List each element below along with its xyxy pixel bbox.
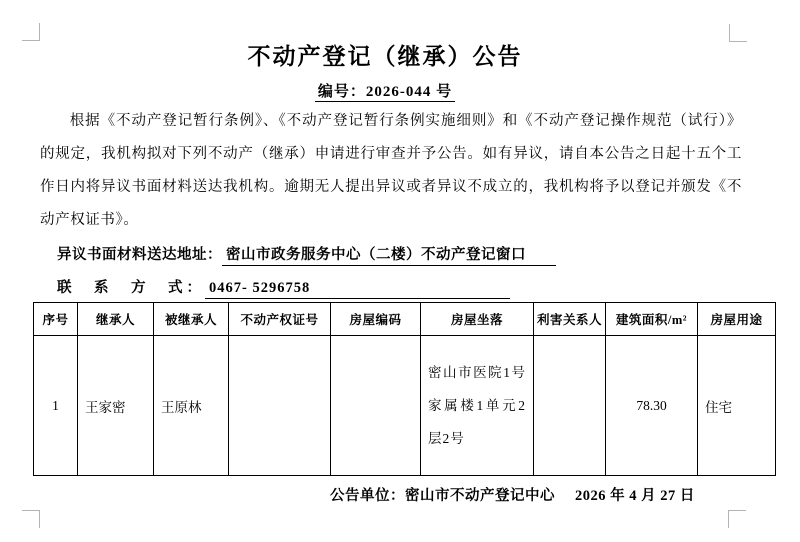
body-paragraph: 根据《不动产登记暂行条例》、《不动产登记暂行条例实施细则》和《不动产登记操作规范… [40,105,742,237]
cell-stakeholder [534,336,606,476]
table-row: 1 王家密 王原林 密山市医院1号家属楼1单元2层2号 78.30 住宅 [34,336,776,476]
serial-number: 编号：2026-044 号 [315,84,455,102]
announcement-table: 序号 继承人 被继承人 不动产权证号 房屋编码 房屋坐落 利害关系人 建筑面积/… [33,302,776,476]
document-page: 不动产登记（继承）公告 编号：2026-044 号 根据《不动产登记暂行条例》、… [0,0,800,542]
cell-index: 1 [34,336,78,476]
footer-line: 公告单位：密山市不动产登记中心2026 年 4 月 27 日 [330,484,695,505]
contact-label: 联 系 方 式： [57,280,205,296]
address-field: 异议书面材料送达地址：密山市政务服务中心（二楼）不动产登记窗口 [57,243,556,264]
contact-field: 联 系 方 式：0467- 5296758 [57,276,510,297]
cell-house-use: 住宅 [698,336,776,476]
cell-house-code [331,336,421,476]
footer-unit: 公告单位：密山市不动产登记中心 [330,488,555,504]
address-value: 密山市政务服务中心（二楼）不动产登记窗口 [222,247,556,266]
cell-floor-area: 78.30 [606,336,698,476]
table-header-row: 序号 继承人 被继承人 不动产权证号 房屋编码 房屋坐落 利害关系人 建筑面积/… [34,303,776,336]
cell-heir: 王家密 [78,336,154,476]
col-header-stakeholder: 利害关系人 [534,303,606,336]
address-label: 异议书面材料送达地址： [57,247,222,263]
col-header-house-code: 房屋编码 [331,303,421,336]
col-header-house-use: 房屋用途 [698,303,776,336]
col-header-index: 序号 [34,303,78,336]
crop-mark-bottom-right-icon [728,510,746,528]
crop-mark-bottom-left-icon [22,510,40,528]
col-header-cert-no: 不动产权证号 [229,303,331,336]
serial-line: 编号：2026-044 号 [40,80,730,101]
footer-date: 2026 年 4 月 27 日 [575,488,695,504]
cell-decedent: 王原林 [154,336,229,476]
crop-mark-top-right-icon [729,24,747,42]
col-header-floor-area: 建筑面积/m² [606,303,698,336]
col-header-heir: 继承人 [78,303,154,336]
cell-house-location: 密山市医院1号家属楼1单元2层2号 [421,336,534,476]
crop-mark-top-left-icon [22,23,40,41]
contact-value: 0467- 5296758 [205,280,510,299]
col-header-decedent: 被继承人 [154,303,229,336]
page-title: 不动产登记（继承）公告 [40,38,730,71]
col-header-house-location: 房屋坐落 [421,303,534,336]
cell-cert-no [229,336,331,476]
